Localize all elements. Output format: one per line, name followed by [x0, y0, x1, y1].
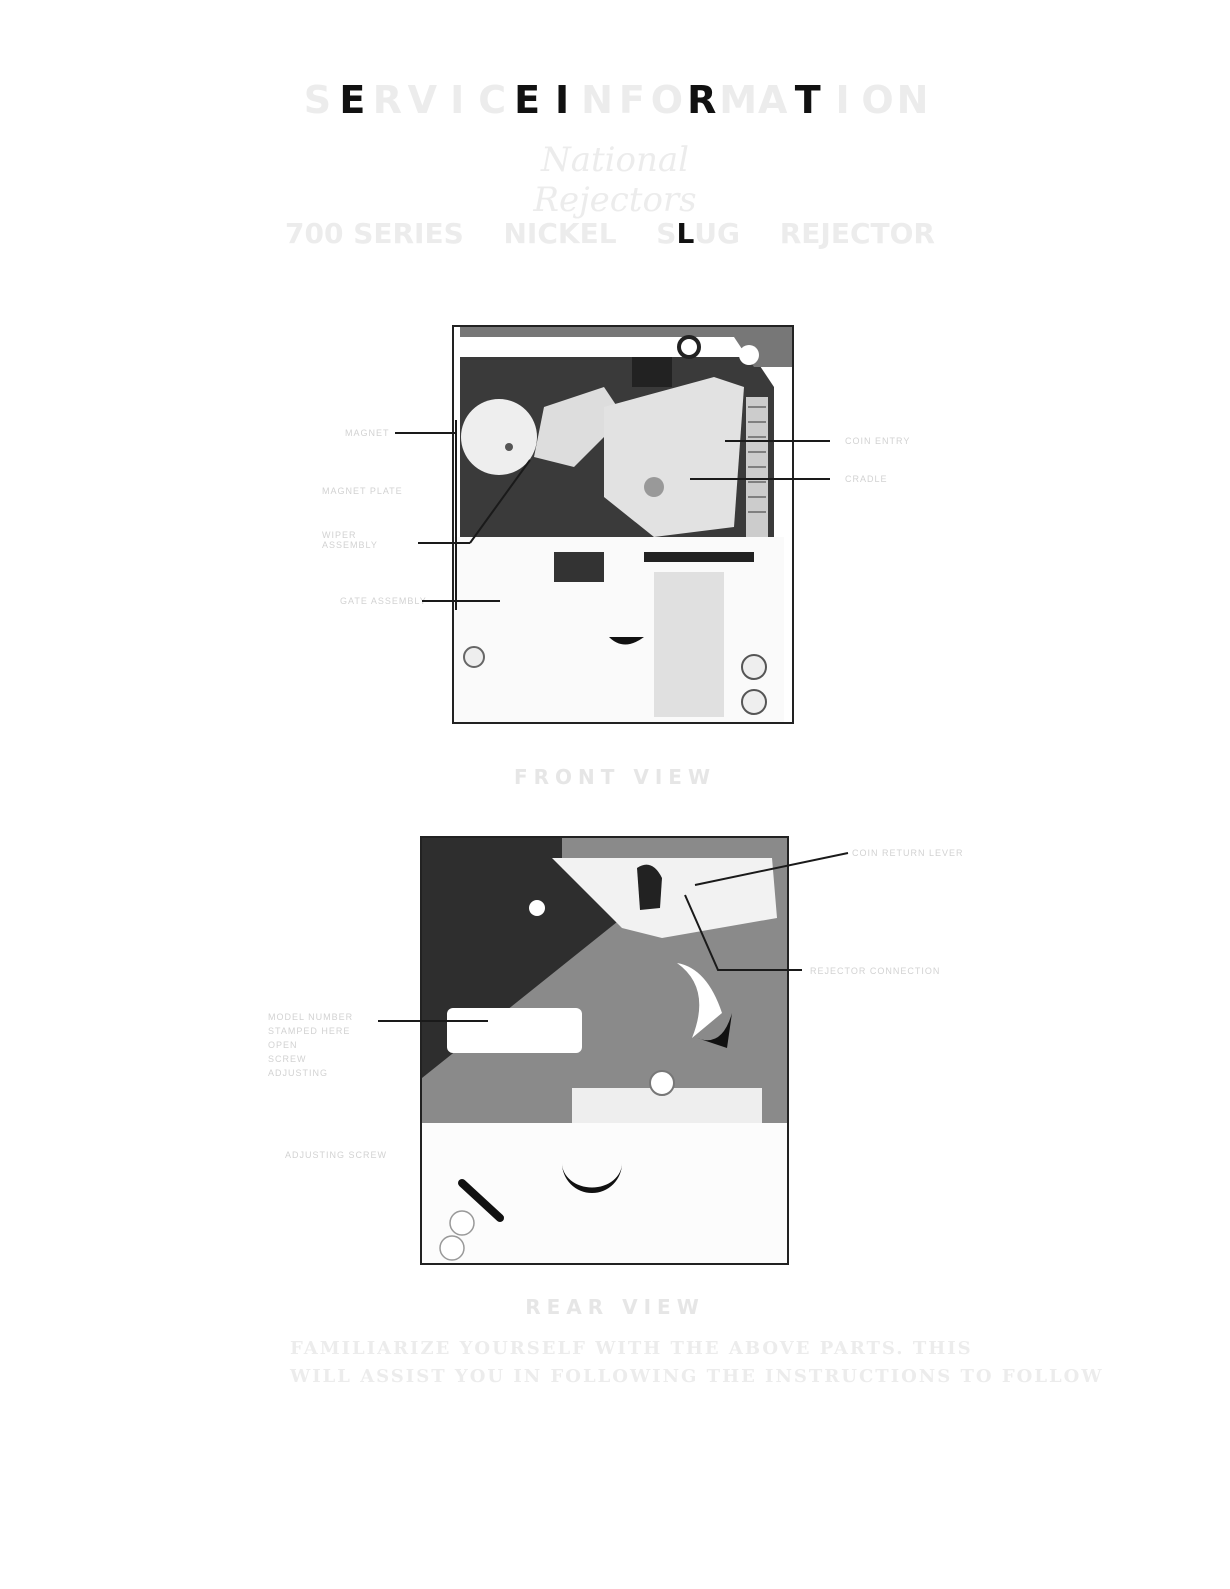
- rear-view-caption: REAR VIEW: [500, 1295, 730, 1319]
- rear-callout-rejector-connection: [680, 890, 805, 975]
- rear-labels-left-block: MODEL NUMBER STAMPED HERE OPEN SCREW ADJ…: [268, 1012, 378, 1078]
- title-letter: R: [370, 78, 405, 122]
- rear-label-coin-return-lever: COIN RETURN LEVER: [852, 848, 964, 858]
- title-letter: C: [475, 78, 510, 122]
- title-letter: I: [545, 78, 580, 122]
- title-letter: R: [684, 78, 719, 122]
- title-letter: E: [510, 78, 545, 122]
- rear-label-model-number: MODEL NUMBER: [268, 1012, 378, 1022]
- title-letter: V: [405, 78, 440, 122]
- front-callout-vertical: [455, 420, 457, 610]
- front-callout-gate: [422, 600, 500, 602]
- rear-label-adjusting-screw: ADJUSTING SCREW: [285, 1150, 387, 1160]
- title-letter: I: [825, 78, 860, 122]
- subtitle-rejector: REJECTOR: [780, 217, 935, 250]
- title-letter: M: [719, 78, 755, 122]
- footer-note-line-2: WILL ASSIST YOU IN FOLLOWING THE INSTRUC…: [290, 1366, 930, 1387]
- front-callout-cradle: [690, 478, 830, 480]
- rear-label-open: OPEN: [268, 1040, 378, 1050]
- footer-note-line-1: FAMILIARIZE YOURSELF WITH THE ABOVE PART…: [290, 1338, 930, 1359]
- front-callout-coin-entry: [725, 440, 830, 442]
- front-label-coin-entry: COIN ENTRY: [845, 436, 910, 446]
- front-label-wiper-assembly: WIPER ASSEMBLY: [322, 530, 402, 550]
- subtitle-nickel: NICKEL: [503, 217, 616, 250]
- title-letter: F: [614, 78, 649, 122]
- subtitle-slug: SLUG: [656, 217, 740, 250]
- front-callout-magnet: [395, 432, 457, 434]
- front-label-magnet: MAGNET: [345, 428, 390, 438]
- title-letter: A: [755, 78, 790, 122]
- front-label-gate-assembly: GATE ASSEMBLY: [340, 596, 427, 606]
- rear-callout-coin-return-lever: [690, 845, 850, 890]
- subtitle-series: 700 SERIES: [285, 217, 464, 250]
- title-letter: I: [440, 78, 475, 122]
- front-label-magnet-plate: MAGNET PLATE: [322, 486, 403, 496]
- title-letter: T: [790, 78, 825, 122]
- title-letter: S: [300, 78, 335, 122]
- front-callout-wiper-diagonal: [460, 455, 540, 545]
- rear-callout-model-number: [378, 1020, 488, 1022]
- page-subtitle: 700 SERIES NICKEL SLUG REJECTOR: [285, 208, 935, 258]
- brand-script-logo: National Rejectors: [480, 140, 750, 190]
- title-letter: O: [649, 78, 684, 122]
- rear-label-rejector-connection: REJECTOR CONNECTION: [810, 966, 940, 976]
- page-title: SERVICEINFORMATION: [300, 70, 930, 130]
- title-letter: N: [580, 78, 615, 122]
- title-letter: E: [335, 78, 370, 122]
- rear-label-adjusting: ADJUSTING: [268, 1068, 378, 1078]
- front-label-cradle: CRADLE: [845, 474, 888, 484]
- front-view-caption: FRONT VIEW: [500, 765, 730, 789]
- title-letter: O: [860, 78, 895, 122]
- title-letter: N: [895, 78, 930, 122]
- rear-label-screw: SCREW: [268, 1054, 378, 1064]
- rear-label-stamped-here: STAMPED HERE: [268, 1026, 378, 1036]
